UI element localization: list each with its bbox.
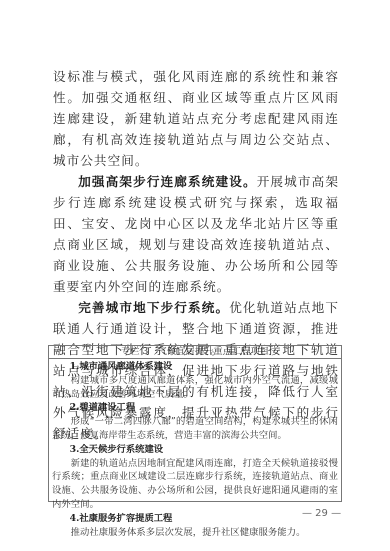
paragraph-lead: 完善城市地下步行系统。 xyxy=(78,300,229,315)
paragraph-text: 设标准与模式，强化风雨连廊的系统性和兼容性。加强交通枢纽、商业区域等重点片区风雨… xyxy=(53,69,339,168)
paragraph-elevated-corridor: 加强高架步行连廊系统建设。开展城市高架步行连廊系统建设模式研究与探索，选取福田、… xyxy=(53,171,339,297)
box-title: 专栏 3 气候宜居提升重点工程项目 xyxy=(49,346,341,359)
box-item-text: 形成“一带二湾四脉八廊”的碧道空间结构，构建水城共生的休闲系统，修复海岸带生态系… xyxy=(52,415,338,443)
paragraph-continuation: 设标准与模式，强化风雨连廊的系统性和兼容性。加强交通枢纽、商业区域等重点片区风雨… xyxy=(53,66,339,171)
paragraph-lead: 加强高架步行连廊系统建设。 xyxy=(78,174,257,189)
box-content: 1.城市通风廊道体系建设 构建城市多尺度通风廊道体系，强化城市内外空气流通，减缓… xyxy=(49,359,341,539)
paragraph-text: 开展城市高架步行连廊系统建设模式研究与探索，选取福田、宝安、龙岗中心区以及龙华北… xyxy=(53,174,339,294)
box-item-text: 构建城市多尺度通风廊道体系，强化城市内外空气流通，减缓城市热岛效应及改善环境空气… xyxy=(52,374,338,402)
page-number: — 29 — xyxy=(302,508,341,519)
box-item-text: 新建的轨道站点因地制宜配建风雨连廊，打造全天候轨道接驳慢行系统；重点商业区域建设… xyxy=(52,457,338,512)
box-item-title: 2.碧道建设工程 xyxy=(52,401,338,415)
sidebar-box: 专栏 3 气候宜居提升重点工程项目 1.城市通风廊道体系建设 构建城市多尺度通风… xyxy=(48,345,342,502)
box-item-title: 1.城市通风廊道体系建设 xyxy=(52,360,338,374)
box-item-title: 3.全天候步行系统建设 xyxy=(52,443,338,457)
box-item-title: 4.社康服务扩容提质工程 xyxy=(52,512,338,526)
document-page: 设标准与模式，强化风雨连廊的系统性和兼容性。加强交通枢纽、商业区域等重点片区风雨… xyxy=(0,0,390,551)
box-item-text: 推动社康服务体系多层次发展，提升社区健康服务能力。 xyxy=(52,526,338,540)
